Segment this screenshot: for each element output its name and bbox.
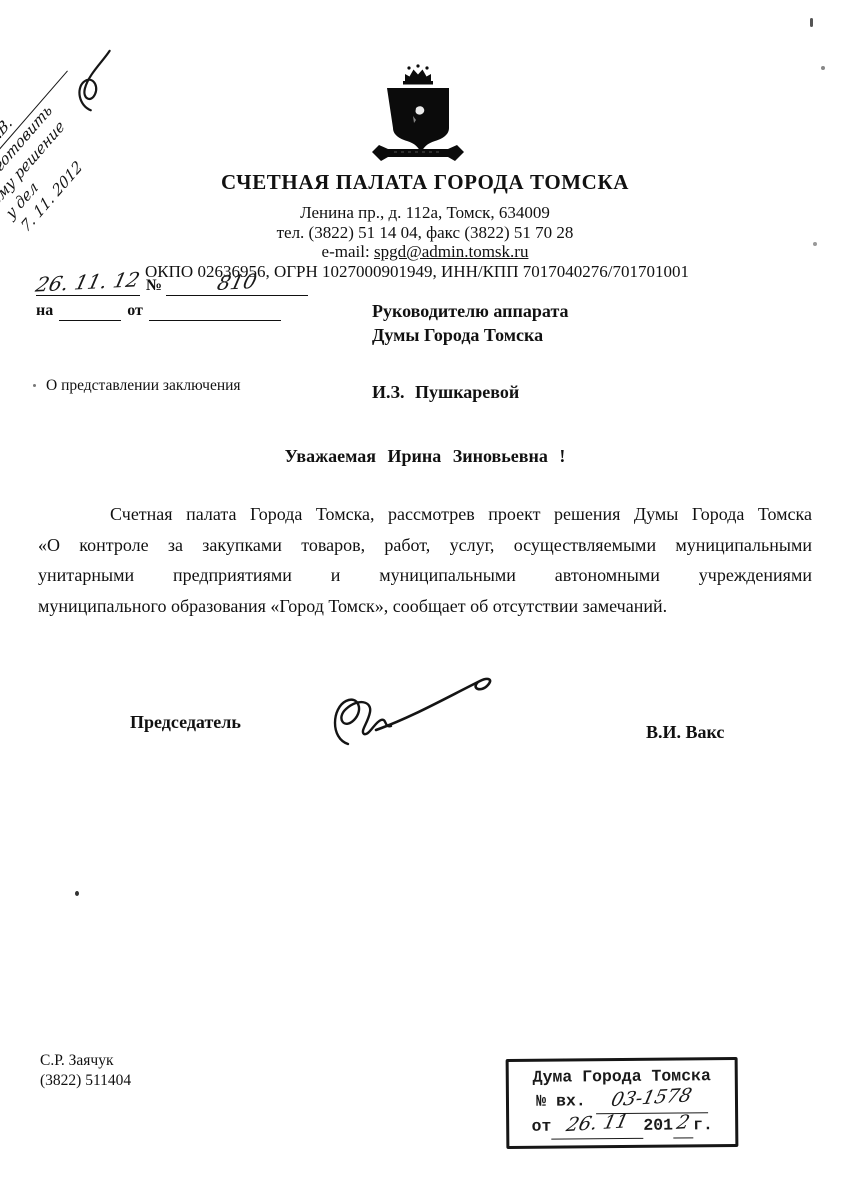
- signer-name: В.И. Вакс: [646, 722, 724, 743]
- body-line: Счетная палата Города Томска, рассмотрев…: [38, 499, 812, 530]
- signer-position: Председатель: [130, 712, 241, 733]
- org-phone-fax: тел. (3822) 51 14 04, факс (3822) 51 70 …: [0, 223, 850, 243]
- scan-artifact-dot: [813, 242, 817, 246]
- coat-of-arms-icon: [364, 64, 472, 166]
- outgoing-date-line: 26. 11. 12: [36, 276, 140, 296]
- stamp-org-name: Дума Города Томска: [515, 1064, 729, 1090]
- ot-label: от: [121, 302, 149, 319]
- stamp-date-handwritten: 26. 11: [565, 1114, 629, 1132]
- scan-artifact-dot: [821, 66, 825, 70]
- email-address: spgd@admin.tomsk.ru: [374, 242, 529, 261]
- stamp-incoming-label: № вх.: [536, 1091, 586, 1110]
- stamp-year-printed: 201: [643, 1116, 673, 1135]
- email-label: e-mail:: [322, 242, 370, 261]
- outgoing-reference-block: 26. 11. 12№810 на от: [36, 276, 336, 321]
- addressee-name: И.З. Пушкаревой: [372, 380, 569, 404]
- executor-block: С.Р. Заячук (3822) 511404: [40, 1051, 131, 1091]
- stamp-year-suffix: г.: [693, 1115, 713, 1134]
- addressee-block: Руководителю аппарата Думы Города Томска…: [372, 299, 569, 404]
- outgoing-date-handwritten: 26. 11. 12: [35, 272, 141, 291]
- scan-artifact-dot: [75, 891, 79, 896]
- scan-artifact-dot: [810, 18, 813, 27]
- handwritten-signature: [318, 668, 513, 753]
- stamp-incoming-number-handwritten: 03-1578: [610, 1088, 693, 1107]
- stamp-year-line: 2: [673, 1113, 693, 1138]
- blank-line: [149, 302, 281, 321]
- org-address: Ленина пр., д. 112а, Томск, 634009: [0, 203, 850, 223]
- outgoing-number-row: 26. 11. 12№810: [36, 276, 336, 296]
- stamp-date-line: 26. 11: [551, 1114, 643, 1140]
- stamp-date-label: от: [531, 1117, 551, 1136]
- salutation: Уважаемая Ирина Зиновьевна !: [0, 446, 850, 467]
- addressee-position-line2: Думы Города Томска: [372, 323, 569, 347]
- outgoing-number-handwritten: 810: [216, 274, 258, 290]
- body-line: муниципального образования «Город Томск»…: [38, 591, 812, 622]
- scanned-letter-page: Фгук Т.В. подготовить ему решение у дел …: [0, 0, 850, 1196]
- organization-name: СЧЕТНАЯ ПАЛАТА ГОРОДА ТОМСКА: [0, 170, 850, 195]
- na-label: на: [36, 302, 59, 319]
- org-email-line: e-mail: spgd@admin.tomsk.ru: [0, 242, 850, 262]
- scan-artifact-dot: [33, 384, 36, 387]
- number-sign: №: [140, 277, 166, 294]
- incoming-registration-stamp: Дума Города Томска № вх. 03-1578 от26. 1…: [506, 1057, 739, 1149]
- stamp-date-row: от26. 112012г.: [515, 1113, 729, 1140]
- organization-contacts: Ленина пр., д. 112а, Томск, 634009 тел. …: [0, 203, 850, 262]
- body-line: унитарными предприятиями и муниципальным…: [38, 560, 812, 591]
- addressee-position-line1: Руководителю аппарата: [372, 299, 569, 323]
- blank-line: [59, 302, 121, 321]
- body-line: «О контроле за закупками товаров, работ,…: [38, 530, 812, 561]
- executor-phone: (3822) 511404: [40, 1071, 131, 1091]
- stamp-year-handwritten: 2: [675, 1115, 690, 1130]
- outgoing-number-line: 810: [166, 276, 308, 296]
- letter-subject: О представлении заключения: [46, 377, 241, 395]
- executor-name: С.Р. Заячук: [40, 1051, 131, 1071]
- incoming-reply-row: на от: [36, 302, 336, 321]
- letter-body: Счетная палата Города Томска, рассмотрев…: [38, 499, 812, 621]
